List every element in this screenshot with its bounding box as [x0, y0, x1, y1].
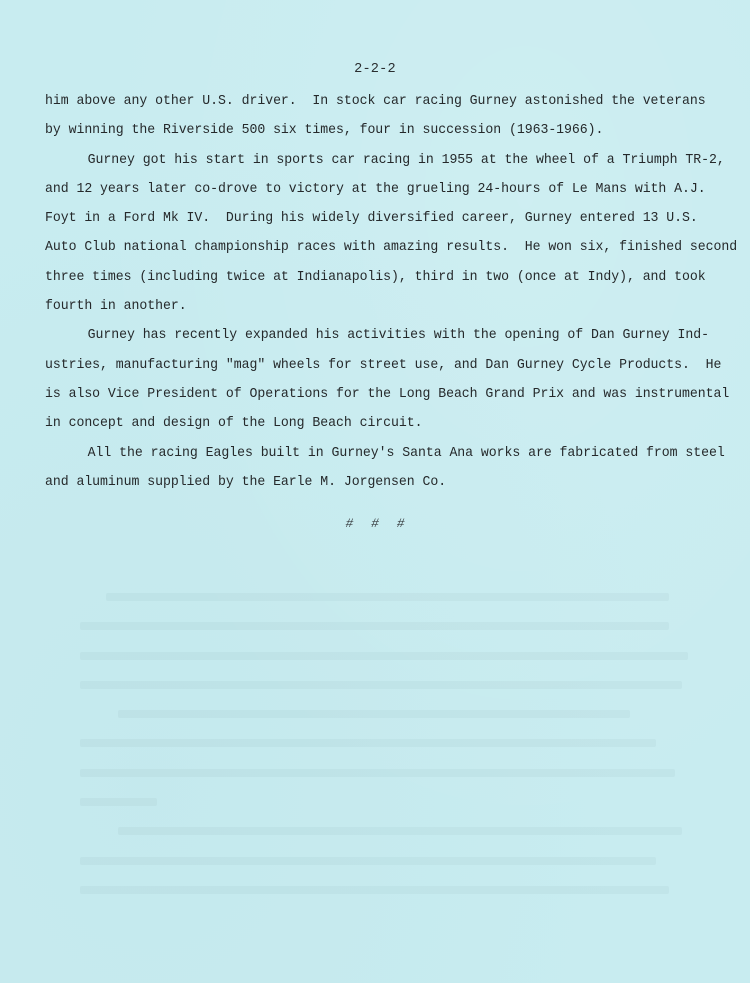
text-line: him above any other U.S. driver. In stoc…	[45, 92, 705, 121]
text-line: three times (including twice at Indianap…	[45, 268, 705, 297]
text-line: in concept and design of the Long Beach …	[45, 414, 705, 443]
end-mark: # # #	[0, 516, 750, 531]
text-line: is also Vice President of Operations for…	[45, 385, 705, 414]
page-number: 2-2-2	[0, 62, 750, 77]
document-page: 2-2-2 him above any other U.S. driver. I…	[0, 0, 750, 983]
text-line: fourth in another.	[45, 297, 705, 326]
text-line: ustries, manufacturing "mag" wheels for …	[45, 356, 705, 385]
text-line: Gurney got his start in sports car racin…	[45, 151, 705, 180]
text-line: Foyt in a Ford Mk IV. During his widely …	[45, 209, 705, 238]
text-line: All the racing Eagles built in Gurney's …	[45, 444, 705, 473]
text-line: and aluminum supplied by the Earle M. Jo…	[45, 473, 705, 502]
show-through-texture	[80, 585, 720, 907]
text-line: Gurney has recently expanded his activit…	[45, 326, 705, 355]
text-line: and 12 years later co-drove to victory a…	[45, 180, 705, 209]
text-line: Auto Club national championship races wi…	[45, 238, 705, 267]
text-line: by winning the Riverside 500 six times, …	[45, 121, 705, 150]
body-text: him above any other U.S. driver. In stoc…	[45, 92, 705, 502]
